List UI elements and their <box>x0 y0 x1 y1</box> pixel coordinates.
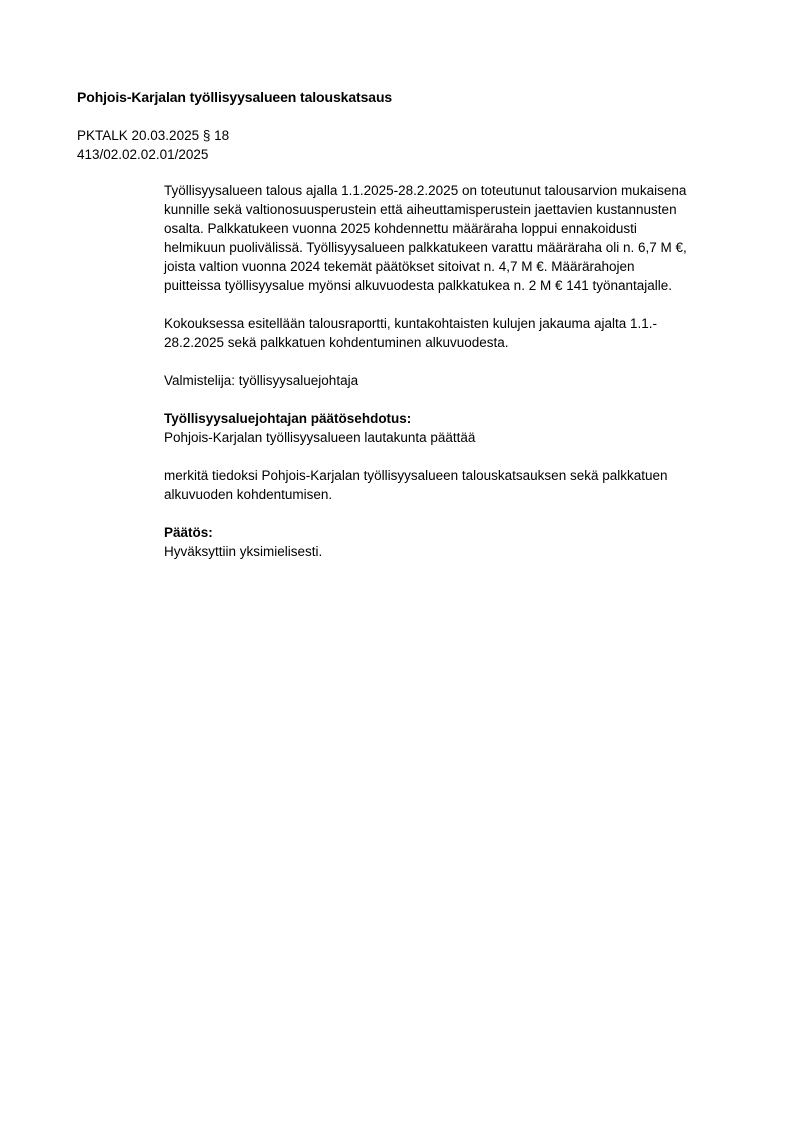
text-line: merkitä tiedoksi Pohjois-Karjalan työlli… <box>164 468 668 483</box>
document-body: Työllisyysalueen talous ajalla 1.1.2025-… <box>164 181 736 561</box>
document-title: Pohjois-Karjalan työllisyysalueen talous… <box>77 89 392 105</box>
decision-heading: Päätös: <box>164 523 736 542</box>
preparer-line: Valmistelija: työllisyysaluejohtaja <box>164 371 736 390</box>
decision-text: Hyväksyttiin yksimielisesti. <box>164 542 736 561</box>
text-line: Työllisyysalueen talous ajalla 1.1.2025-… <box>164 183 686 198</box>
text-line: kunnille sekä valtionosuusperustein että… <box>164 202 677 217</box>
paragraph-financial-status: Työllisyysalueen talous ajalla 1.1.2025-… <box>164 181 736 295</box>
proposal-heading: Työllisyysaluejohtajan päätösehdotus: <box>164 409 736 428</box>
text-line: helmikuun puolivälissä. Työllisyysalueen… <box>164 240 687 255</box>
paragraph-meeting-presentation: Kokouksessa esitellään talousraportti, k… <box>164 314 736 352</box>
text-line: puitteissa työllisyysalue myönsi alkuvuo… <box>164 278 672 293</box>
meeting-reference: PKTALK 20.03.2025 § 18 <box>77 126 229 145</box>
text-line: alkuvuoden kohdentumisen. <box>164 487 332 502</box>
record-number: 413/02.02.02.01/2025 <box>77 145 208 164</box>
text-line: Kokouksessa esitellään talousraportti, k… <box>164 316 657 331</box>
text-line: 28.2.2025 sekä palkkatuen kohdentuminen … <box>164 335 509 350</box>
proposal-text: merkitä tiedoksi Pohjois-Karjalan työlli… <box>164 466 736 504</box>
text-line: joista valtion vuonna 2024 tekemät päätö… <box>164 259 635 274</box>
proposal-intro: Pohjois-Karjalan työllisyysalueen lautak… <box>164 428 736 447</box>
text-line: osalta. Palkkatukeen vuonna 2025 kohdenn… <box>164 221 637 236</box>
